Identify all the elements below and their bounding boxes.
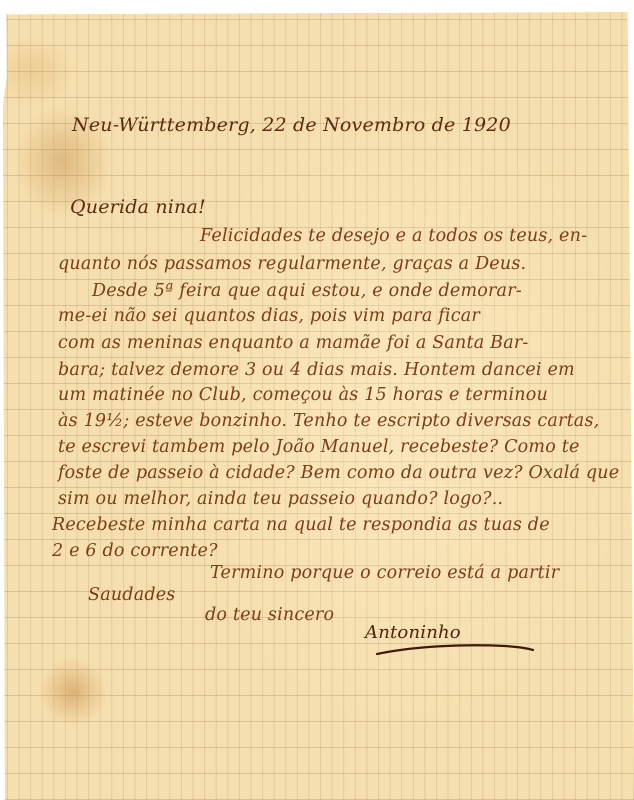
body-line: Recebeste minha carta na qual te respond… (52, 515, 550, 535)
body-line: Felicidades te desejo e a todos os teus,… (200, 226, 587, 246)
body-line: me-ei não sei quantos dias, pois vim par… (58, 306, 480, 326)
place-and-date: Neu-Württemberg, 22 de Novembro de 1920 (72, 114, 511, 136)
body-line: com as meninas enquanto a mamãe foi a Sa… (58, 333, 529, 353)
body-line: às 19½; esteve bonzinho. Tenho te escrip… (58, 411, 599, 431)
salutation: Querida nina! (70, 196, 206, 218)
body-line: sim ou melhor, ainda teu passeio quando?… (58, 489, 503, 509)
body-line: te escrevi tambem pelo João Manuel, rece… (58, 437, 580, 457)
body-line: Desde 5ª feira que aqui estou, e onde de… (92, 281, 522, 301)
body-line: 2 e 6 do corrente? (52, 541, 218, 561)
body-line: foste de passeio à cidade? Bem como da o… (58, 463, 619, 483)
valediction: do teu sincero (205, 605, 334, 625)
closing-line: Termino porque o correio está a partir (210, 563, 559, 583)
body-line: um matinée no Club, começou às 15 horas … (58, 385, 548, 405)
signature: Antoninho (365, 622, 461, 643)
body-line: quanto nós passamos regularmente, graças… (58, 254, 526, 274)
body-line: bara; talvez demore 3 ou 4 dias mais. Ho… (58, 360, 575, 380)
regards: Saudades (88, 585, 175, 605)
signature-flourish-icon (375, 642, 535, 656)
